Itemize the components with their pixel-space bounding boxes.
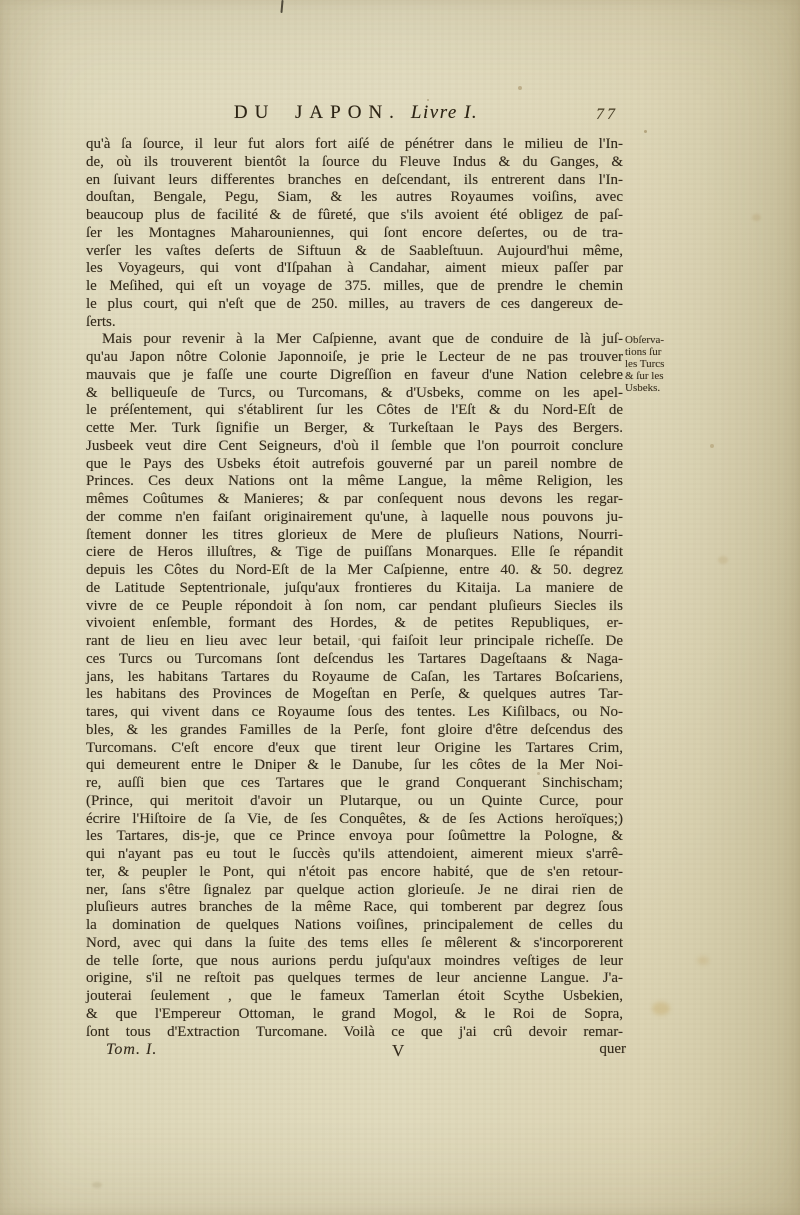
body-line: rant de lieu en lieu avec leur betail, q… bbox=[86, 633, 623, 651]
body-line: de telle ſorte, que nous aurions perdu j… bbox=[86, 953, 623, 971]
body-line: re, auſſi bien que ces Tartares que le g… bbox=[86, 775, 623, 793]
body-line: les Voyageurs, qui vont d'Iſpahan à Cand… bbox=[86, 260, 623, 278]
catchword: quer bbox=[599, 1041, 626, 1058]
body-line: & que l'Empereur Ottoman, le grand Mogol… bbox=[86, 1006, 623, 1024]
margin-note-line: les Turcs bbox=[625, 358, 703, 370]
paper-stain bbox=[92, 1182, 102, 1188]
body-line: (Prince, qui meritoit d'avoir un Plutarq… bbox=[86, 793, 623, 811]
book-title: Livre I. bbox=[411, 102, 478, 123]
body-line: jans, les habitans Tartares du Royaume d… bbox=[86, 669, 623, 687]
body-line: bles, & les grandes Familles de la Perſe… bbox=[86, 722, 623, 740]
body-line: le Meſihed, qui eſt un voyage de 375. mi… bbox=[86, 278, 623, 296]
running-title: DU JAPON. bbox=[234, 102, 401, 123]
paper-stain bbox=[518, 86, 522, 90]
body-line: pluſieurs autres branches de la même Rac… bbox=[86, 899, 623, 917]
paper-stain bbox=[427, 99, 429, 101]
margin-note-line: tions ſur bbox=[625, 346, 703, 358]
body-line: verſer les vaſtes deſerts de Siftuun & d… bbox=[86, 243, 623, 261]
paper-stain bbox=[710, 444, 714, 448]
page-footer: Tom. I. V quer bbox=[86, 1041, 626, 1061]
body-line: que le Pays des Usbeks étoit autrefois g… bbox=[86, 456, 623, 474]
volume-label: Tom. I. bbox=[106, 1041, 157, 1059]
body-line: der comme n'en faiſant originairement qu… bbox=[86, 509, 623, 527]
body-line: écrire l'Hiſtoire de ſa Vie, de ſes Conq… bbox=[86, 811, 623, 829]
body-line: vivoient enſemble, formant des Hordes, &… bbox=[86, 615, 623, 633]
body-line: tares, qui vivent dans ce Royaume ſous d… bbox=[86, 704, 623, 722]
body-line: en ſuivant leurs differentes branches en… bbox=[86, 172, 623, 190]
body-line: ſerts. bbox=[86, 314, 623, 332]
paper-stain bbox=[718, 556, 728, 564]
paper-stain bbox=[644, 130, 647, 133]
body-line: origine, s'il ne reſtoit pas quelques te… bbox=[86, 970, 623, 988]
body-line: mêmes Coûtumes & Manieres; & par conſequ… bbox=[86, 491, 623, 509]
body-line: vivre de ce Peuple répondoit à ſon nom, … bbox=[86, 598, 623, 616]
body-line: ſer les Montagnes Maharouniennes, qui ſo… bbox=[86, 225, 623, 243]
body-line: mauvais que je faſſe une courte Digreſſi… bbox=[86, 367, 623, 385]
body-line: les Tartares, dis-je, que ce Prince envo… bbox=[86, 828, 623, 846]
body-line: qu'à ſa ſource, il leur fut alors fort a… bbox=[86, 136, 623, 154]
paper-stain bbox=[752, 214, 761, 221]
body-line: la domination de quelques Nations voiſin… bbox=[86, 917, 623, 935]
body-line: Turcomans. C'eſt encore d'eux que tirent… bbox=[86, 740, 623, 758]
body-line: qu'au Japon nôtre Colonie Japonnoiſe, je… bbox=[86, 349, 623, 367]
body-line: jouterai ſeulement , que le fameux Tamer… bbox=[86, 988, 623, 1006]
paper-stain bbox=[697, 956, 709, 965]
body-line: de, où ils trouverent bientôt la ſource … bbox=[86, 154, 623, 172]
body-line: ciere de Heros illuſtres, & Tige de puiſ… bbox=[86, 544, 623, 562]
body-line: beaucoup plus de facilité & de fûreté, q… bbox=[86, 207, 623, 225]
body-line: qui demeurent entre le Dniper & le Danub… bbox=[86, 757, 623, 775]
page-header: DU JAPON.Livre I. 77 bbox=[86, 102, 626, 130]
body-line: Jusbeek veut dire Cent Seigneurs, d'où i… bbox=[86, 438, 623, 456]
book-page: DU JAPON.Livre I. 77 qu'à ſa ſource, il … bbox=[0, 0, 800, 1215]
ink-mark bbox=[280, 0, 283, 13]
margin-note: Obſerva-tions ſurles Turcs& ſur lesUsbek… bbox=[625, 334, 703, 394]
body-line: ces Turcs ou Turcomans ſont deſcendus le… bbox=[86, 651, 623, 669]
margin-note-line: Usbeks. bbox=[625, 382, 703, 394]
body-line: qui n'ayant pas eu tout le ſuccès qu'ils… bbox=[86, 846, 623, 864]
body-line: Princes. Ces deux Nations ont la même La… bbox=[86, 473, 623, 491]
body-line: & belliqueuſe de Turcs, ou Turcomans, & … bbox=[86, 385, 623, 403]
body-line: le plus court, qui n'eſt que de 250. mil… bbox=[86, 296, 623, 314]
body-line: de Latitude Septentrionale, juſqu'aux fr… bbox=[86, 580, 623, 598]
margin-note-line: Obſerva- bbox=[625, 334, 703, 346]
body-line: ſtement donner les titres glorieux de Me… bbox=[86, 527, 623, 545]
body-line: ner, ſans s'être ſignalez par quelque ac… bbox=[86, 882, 623, 900]
body-line: depuis les Côtes du Nord-Eſt de la Mer C… bbox=[86, 562, 623, 580]
body-line: ſont tous d'Extraction Turcomane. Voilà … bbox=[86, 1024, 623, 1042]
body-line: les habitans des Provinces de Mogeſtan e… bbox=[86, 686, 623, 704]
body-line: Mais pour revenir à la Mer Caſpienne, av… bbox=[86, 331, 623, 349]
body-line: cette Mer. Turk ſignifie un Berger, & Tu… bbox=[86, 420, 623, 438]
body-text: qu'à ſa ſource, il leur fut alors fort a… bbox=[86, 136, 623, 1041]
page-number: 77 bbox=[596, 106, 618, 124]
body-line: ter, & peupler le Pont, qui n'étoit pas … bbox=[86, 864, 623, 882]
signature-mark: V bbox=[392, 1041, 404, 1061]
body-line: Nord, avec qui dans la ſuite des tems el… bbox=[86, 935, 623, 953]
body-line: le préſentement, qui s'établirent ſur le… bbox=[86, 402, 623, 420]
paper-stain bbox=[652, 1002, 670, 1015]
body-line: douſtan, Bengale, Pegu, Siam, & les autr… bbox=[86, 189, 623, 207]
margin-note-line: & ſur les bbox=[625, 370, 703, 382]
